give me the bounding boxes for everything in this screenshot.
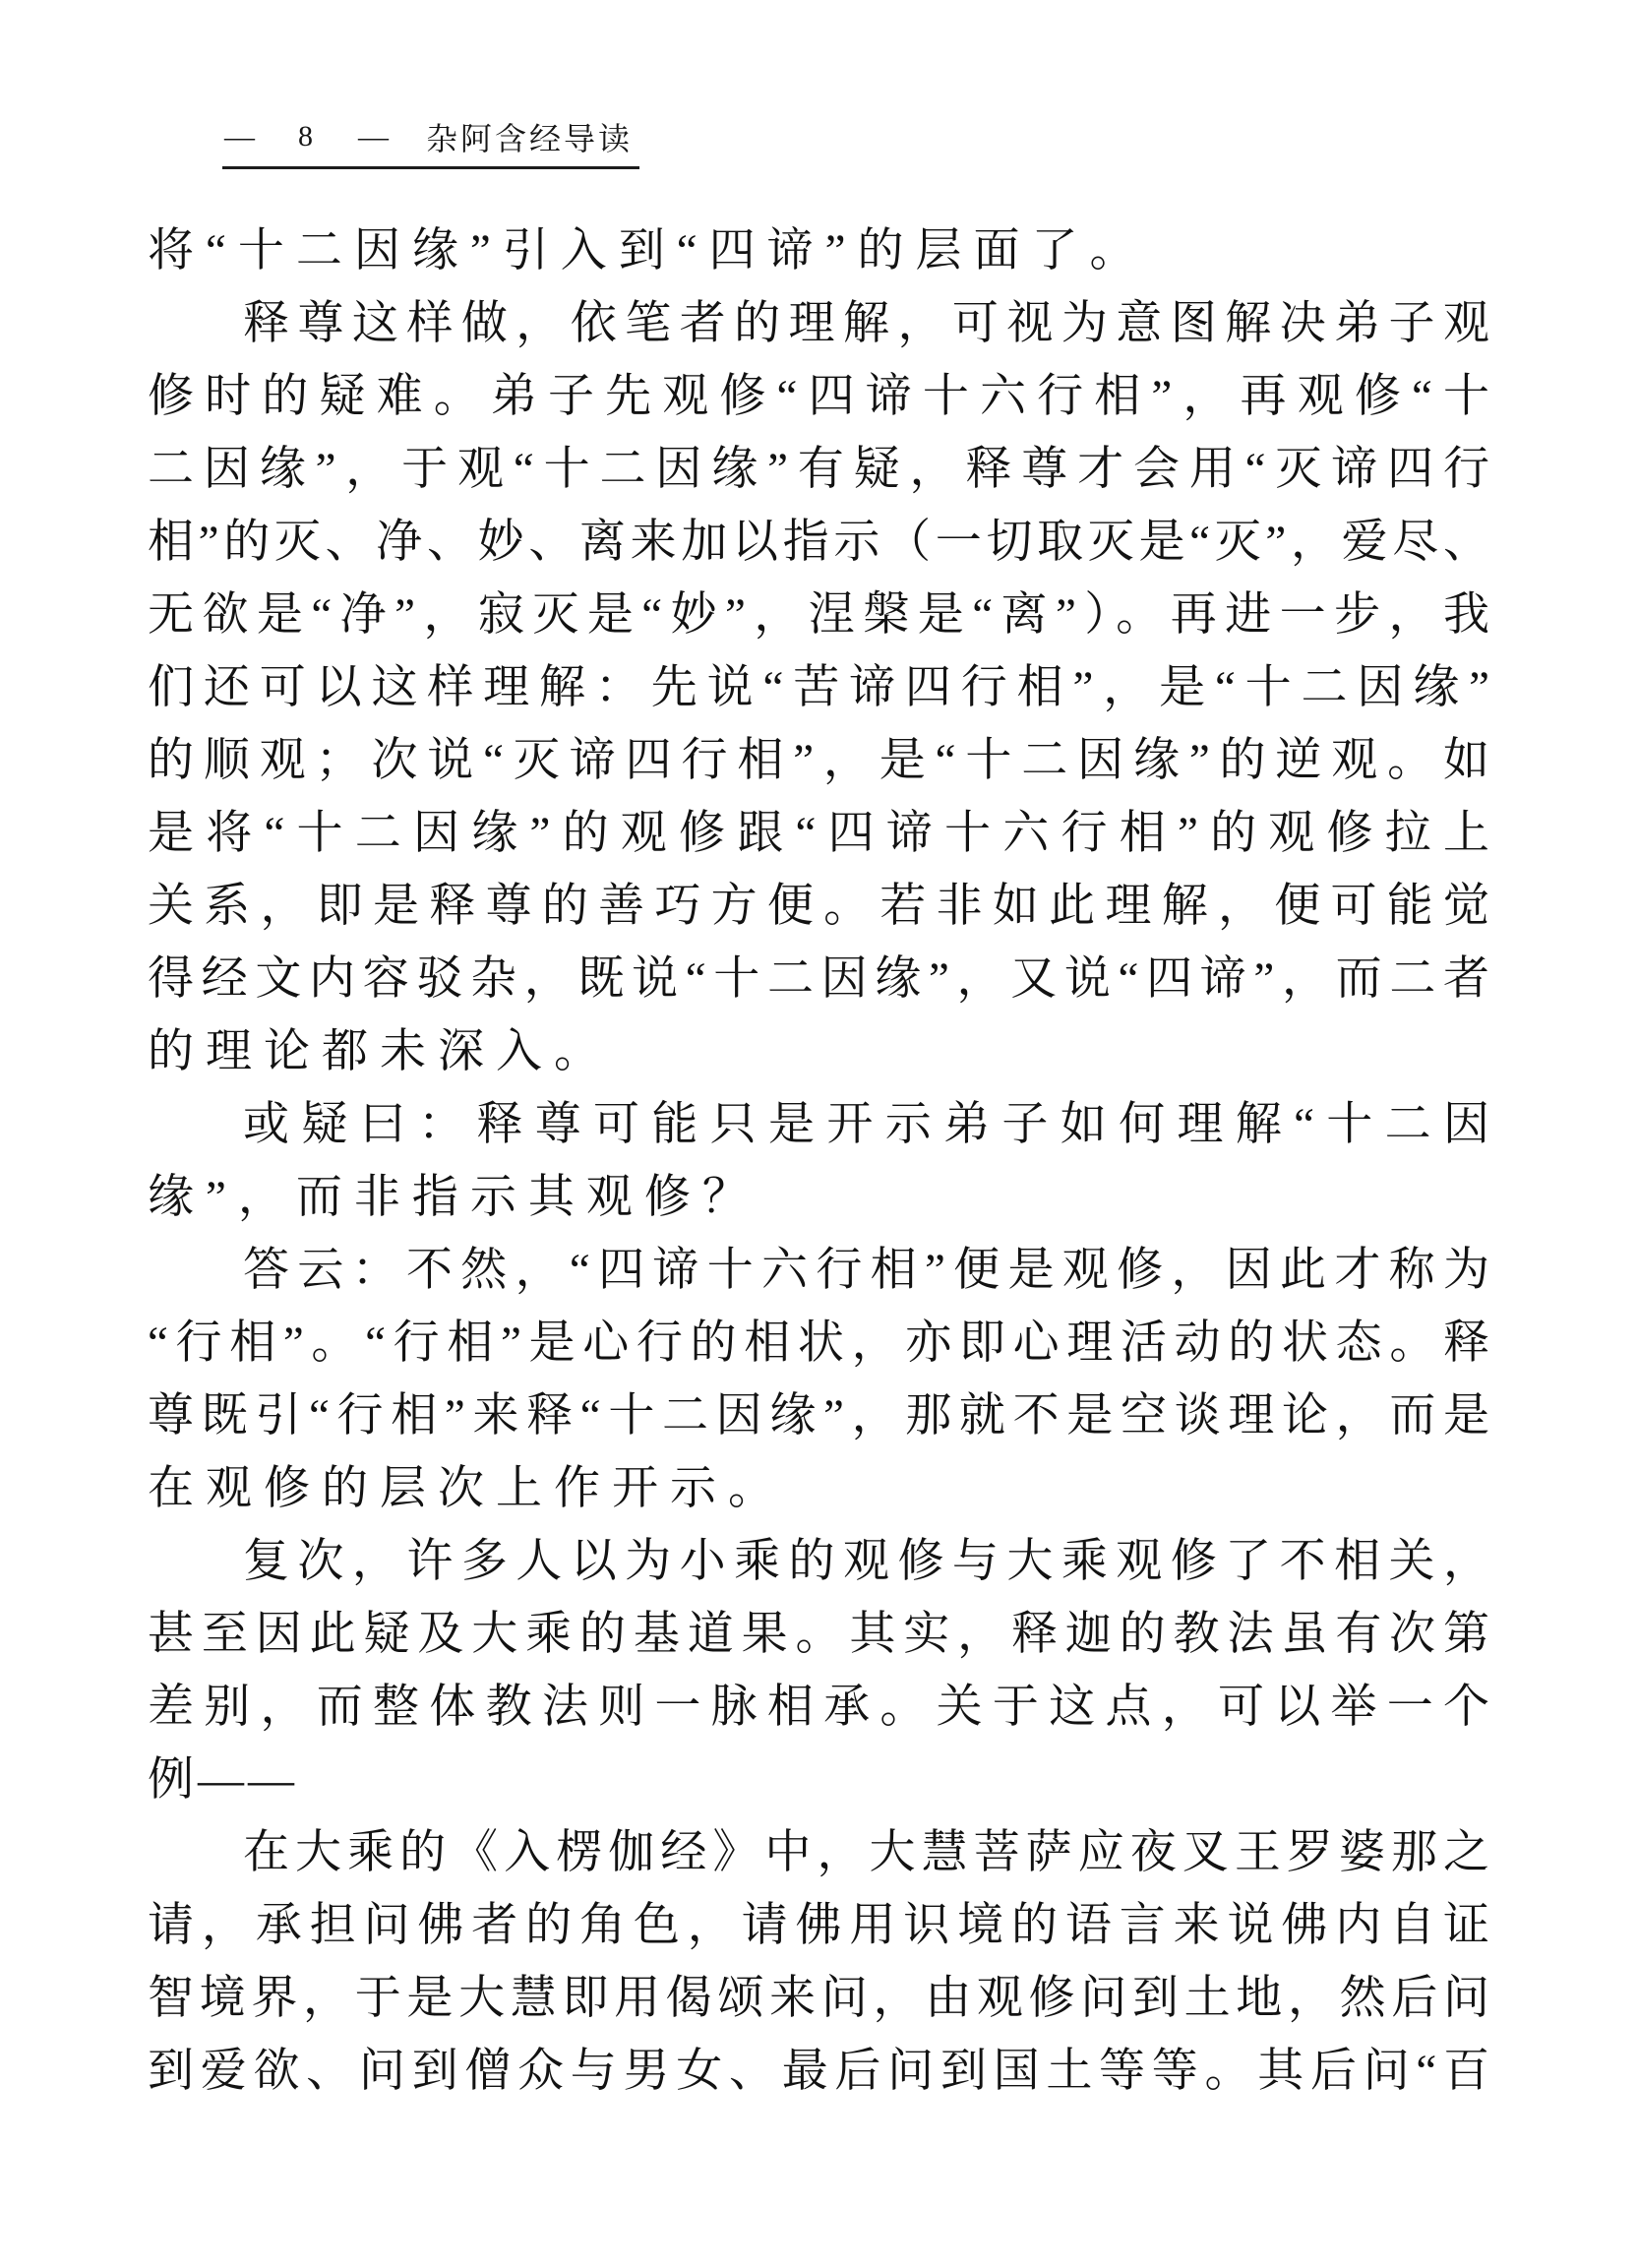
text-line: 到爱欲、问到僧众与男女、最后问到国土等等。其后问“百 bbox=[148, 2035, 1489, 2108]
text-line: 在大乘的《入楞伽经》中，大慧菩萨应夜叉王罗婆那之 bbox=[148, 1816, 1489, 1889]
book-page: — 8 — 杂阿含经导读 将“十二因缘”引入到“四谛”的层面了。释尊这样做，依笔… bbox=[0, 0, 1637, 2268]
text-line: 将“十二因缘”引入到“四谛”的层面了。 bbox=[148, 215, 1489, 287]
text-line: 请，承担问佛者的角色，请佛用识境的语言来说佛内自证 bbox=[148, 1889, 1489, 1962]
text-line: 差别，而整体教法则一脉相承。关于这点，可以举一个 bbox=[148, 1671, 1489, 1744]
text-line: 尊既引“行相”来释“十二因缘”，那就不是空谈理论，而是 bbox=[148, 1379, 1489, 1452]
text-line: 答云：不然，“四谛十六行相”便是观修，因此才称为 bbox=[148, 1234, 1489, 1307]
text-line: 修时的疑难。弟子先观修“四谛十六行相”，再观修“十 bbox=[148, 360, 1489, 433]
text-line: 得经文内容驳杂，既说“十二因缘”，又说“四谛”，而二者 bbox=[148, 943, 1489, 1015]
text-line: 释尊这样做，依笔者的理解，可视为意图解决弟子观 bbox=[148, 287, 1489, 360]
text-line: 是将“十二因缘”的观修跟“四谛十六行相”的观修拉上 bbox=[148, 797, 1489, 870]
header-rule bbox=[222, 166, 639, 169]
text-line: 的理论都未深入。 bbox=[148, 1015, 1489, 1088]
text-line: 关系，即是释尊的善巧方便。若非如此理解，便可能觉 bbox=[148, 870, 1489, 943]
text-line: 二因缘”，于观“十二因缘”有疑，释尊才会用“灭谛四行 bbox=[148, 433, 1489, 506]
text-line: 甚至因此疑及大乘的基道果。其实，释迦的教法虽有次第 bbox=[148, 1598, 1489, 1671]
text-line: 相”的灭、净、妙、离来加以指示（一切取灭是“灭”，爱尽、 bbox=[148, 506, 1489, 579]
body-text: 将“十二因缘”引入到“四谛”的层面了。释尊这样做，依笔者的理解，可视为意图解决弟… bbox=[148, 215, 1489, 2108]
text-line: 缘”，而非指示其观修？ bbox=[148, 1161, 1489, 1234]
text-line: 例—— bbox=[148, 1744, 1489, 1816]
page-number: 8 bbox=[298, 120, 313, 153]
text-line: 无欲是“净”，寂灭是“妙”，涅槃是“离”）。再进一步，我 bbox=[148, 579, 1489, 651]
book-title: 杂阿含经导读 bbox=[426, 114, 633, 159]
text-line: 智境界，于是大慧即用偈颂来问，由观修问到土地，然后问 bbox=[148, 1962, 1489, 2035]
page-header: — 8 — 杂阿含经导读 bbox=[224, 116, 633, 157]
text-line: 在观修的层次上作开示。 bbox=[148, 1452, 1489, 1525]
header-dash-left: — bbox=[224, 119, 255, 154]
text-line: “行相”。“行相”是心行的相状，亦即心理活动的状态。释 bbox=[148, 1307, 1489, 1379]
text-line: 的顺观；次说“灭谛四行相”，是“十二因缘”的逆观。如 bbox=[148, 724, 1489, 797]
header-dash-right: — bbox=[358, 119, 389, 154]
text-line: 复次，许多人以为小乘的观修与大乘观修了不相关， bbox=[148, 1525, 1489, 1598]
text-line: 们还可以这样理解：先说“苦谛四行相”，是“十二因缘” bbox=[148, 651, 1489, 724]
text-line: 或疑曰：释尊可能只是开示弟子如何理解“十二因 bbox=[148, 1088, 1489, 1161]
